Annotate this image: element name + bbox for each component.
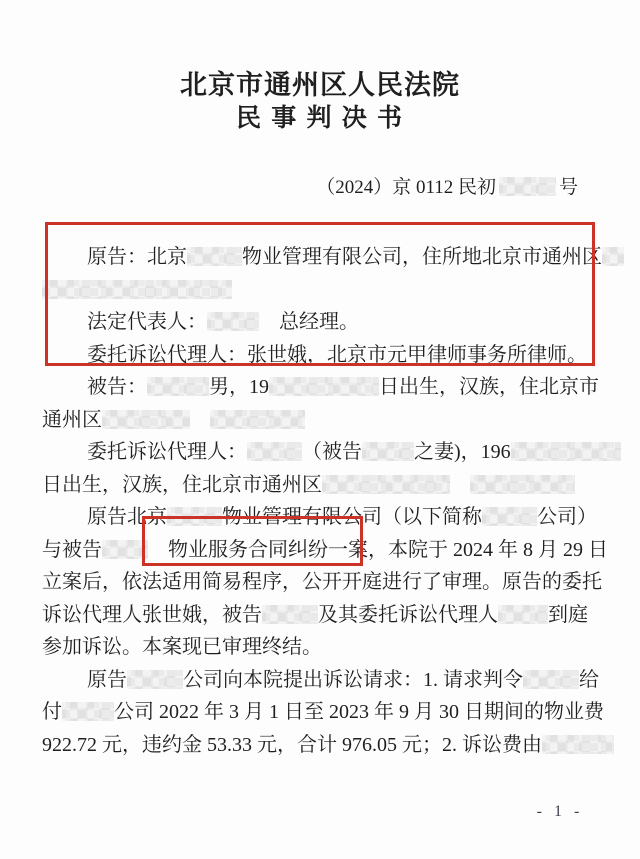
text-segment: 日出生，汉族，住北京市通州区 [42,474,322,496]
document-line: 委托诉讼代理人：（被告之妻)，196 [42,436,608,469]
text-segment [190,409,210,431]
document-type-title: 民 事 判 决 书 [0,103,640,135]
redaction-block [523,670,579,689]
case-number-prefix: （2024）京 0112 民初 [316,177,496,198]
redaction-block [42,280,232,299]
redaction-block [247,442,302,461]
document-line [42,274,608,307]
text-segment: 物业管理有限公司，住所地北京市通州区 [242,246,602,268]
redaction-block [127,670,183,689]
text-segment: 公司） [537,506,597,528]
text-segment: 原告：北京 [87,246,187,268]
text-segment: 参加诉讼。本案现已审理终结。 [42,636,322,658]
text-segment: 委托诉讼代理人： [87,441,247,463]
document-line: 原告北京物业管理有限公司（以下简称公司） [42,501,608,534]
document-line: 被告：男，19日出生，汉族，住北京市 [42,371,608,404]
text-segment: （被告 [302,441,362,463]
text-segment [450,474,470,496]
text-segment: 及其委托诉讼代理人 [318,604,498,626]
text-segment: 物业服务合同纠纷一案，本院于 2024 年 8 月 29 日 [148,539,608,561]
document-line: 诉讼代理人张世娥，被告及其委托诉讼代理人到庭 [42,599,608,632]
redaction-block [602,247,624,266]
redaction-block [147,377,209,396]
court-name-title: 北京市通州区人民法院 [0,68,640,102]
redaction-block [210,410,305,429]
redaction-block [207,312,259,331]
redaction-block [542,735,614,754]
text-segment: 立案后，依法适用简易程序，公开开庭进行了审理。原告的委托 [42,571,602,593]
text-segment: 委托诉讼代理人：张世娥，北京市元甲律师事务所律师。 [87,344,587,366]
text-segment: 之妻)，196 [414,441,511,463]
redaction-block [322,475,450,494]
text-segment: 男，19 [209,376,269,398]
text-segment: 原告北京 [87,506,167,528]
redaction-block [167,507,222,526]
text-segment: 总经理。 [259,311,359,333]
text-segment: 公司 2022 年 3 月 1 日至 2023 年 9 月 30 日期间的物业费 [114,701,604,723]
redaction-block [511,442,621,461]
text-segment: 原告 [87,669,127,691]
text-segment: 诉讼代理人张世娥，被告 [42,604,262,626]
page-number: - 1 - [515,803,605,821]
document-line: 原告：北京物业管理有限公司，住所地北京市通州区 [42,241,608,274]
redaction-block [269,377,379,396]
redaction-block [102,410,190,429]
text-segment: 到庭 [548,604,588,626]
document-line: 付公司 2022 年 3 月 1 日至 2023 年 9 月 30 日期间的物业… [42,696,608,729]
case-number-suffix: 号 [559,177,578,198]
redaction-block [498,605,548,624]
text-segment: 法定代表人： [87,311,207,333]
document-line: 立案后，依法适用简易程序，公开开庭进行了审理。原告的委托 [42,566,608,599]
case-number-line: （2024）京 0112 民初号 [316,175,578,201]
document-body: 原告：北京物业管理有限公司，住所地北京市通州区法定代表人： 总经理。委托诉讼代理… [42,241,608,761]
text-segment: 通州区 [42,409,102,431]
text-segment: 物业管理有限公司（以下简称 [222,506,482,528]
text-segment: 付 [42,701,62,723]
document-line: 通州区 [42,404,608,437]
text-segment: 与被告 [42,539,102,561]
text-segment: 公司向本院提出诉讼请求：1. 请求判令 [183,669,523,691]
text-segment: 922.72 元，违约金 53.33 元，合计 976.05 元；2. 诉讼费由 [42,734,542,756]
document-line: 参加诉讼。本案现已审理终结。 [42,631,608,664]
document-line: 原告公司向本院提出诉讼请求：1. 请求判令给 [42,664,608,697]
redaction-block [262,605,318,624]
redaction-block [499,177,556,196]
judgment-document-page: 北京市通州区人民法院 民 事 判 决 书 （2024）京 0112 民初号 原告… [0,0,640,859]
redaction-block [362,442,414,461]
redaction-block [62,702,114,721]
text-segment: 被告： [87,376,147,398]
document-line: 922.72 元，违约金 53.33 元，合计 976.05 元；2. 诉讼费由 [42,729,608,762]
redaction-block [187,247,242,266]
document-line: 法定代表人： 总经理。 [42,306,608,339]
redaction-block [102,540,148,559]
document-line: 与被告 物业服务合同纠纷一案，本院于 2024 年 8 月 29 日 [42,534,608,567]
document-line: 日出生，汉族，住北京市通州区 [42,469,608,502]
document-line: 委托诉讼代理人：张世娥，北京市元甲律师事务所律师。 [42,339,608,372]
redaction-block [482,507,537,526]
text-segment: 给 [579,669,599,691]
text-segment: 日出生，汉族，住北京市 [379,376,599,398]
redaction-block [470,475,575,494]
